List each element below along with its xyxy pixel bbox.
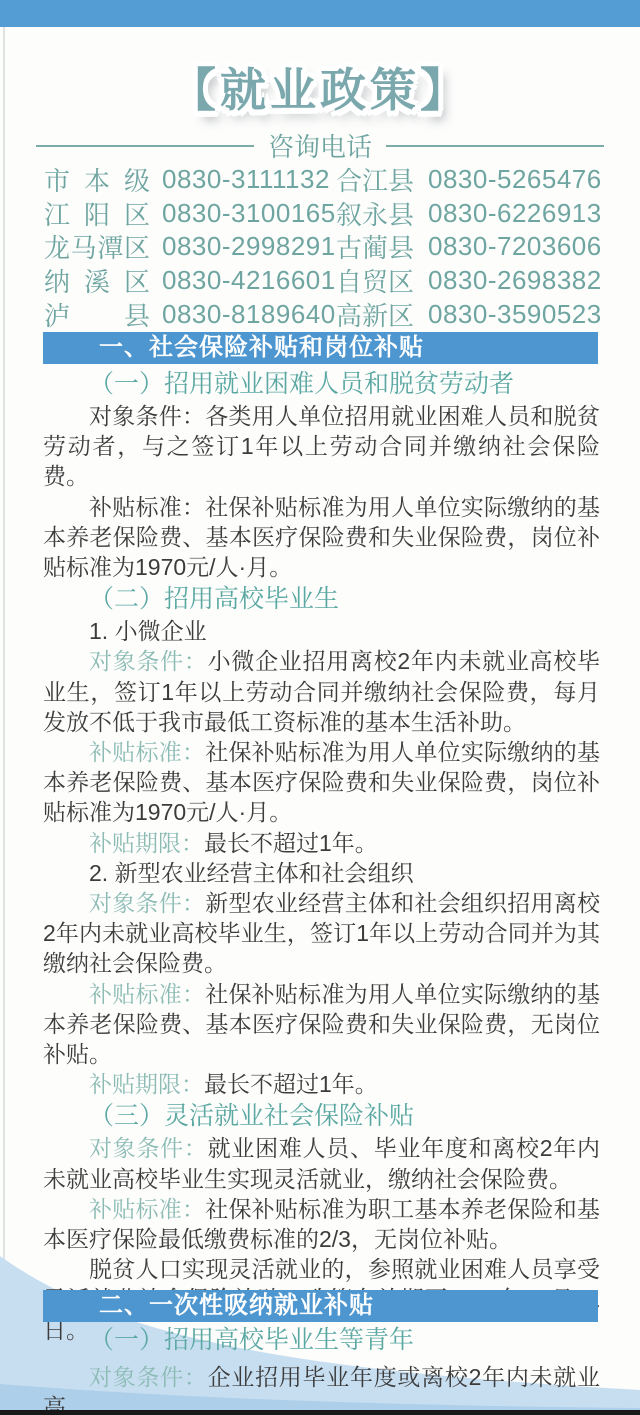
paragraph-label: 对象条件： xyxy=(89,648,208,674)
district-label: 合江县 xyxy=(336,161,416,198)
paragraph-label: 补贴期限： xyxy=(89,830,204,856)
phone-col-right: 叙永县0830-6226913 xyxy=(336,195,602,232)
phone-col-left: 泸县0830-8189640 xyxy=(44,296,336,333)
section-bar-2: 二、一次性吸纳就业补贴 xyxy=(43,1290,598,1322)
section-content-1: （一）招用就业困难人员和脱贫劳动者对象条件：各类用人单位招用就业困难人员和脱贫劳… xyxy=(43,367,600,1345)
list-item-heading: 2. 新型农业经营主体和社会组织 xyxy=(43,858,600,888)
phone-col-left: 江阳区0830-3100165 xyxy=(44,195,336,232)
paragraph: 补贴标准：社保补贴标准为用人单位实际缴纳的基本养老保险费、基本医疗保险费和失业保… xyxy=(43,492,600,583)
paragraph-label: 对象条件： xyxy=(89,1135,208,1161)
section-bar-1: 一、社会保险补贴和岗位补贴 xyxy=(43,332,598,364)
phone-col-right: 古蔺县0830-7203606 xyxy=(336,228,602,265)
bottom-black-bar xyxy=(0,1410,640,1415)
paragraph: 对象条件：企业招用毕业年度或离校2年内未就业高 xyxy=(43,1362,600,1415)
phone-number: 0830-3111132 xyxy=(162,164,330,195)
district-label: 市本级 xyxy=(44,161,150,198)
phone-number: 0830-8189640 xyxy=(162,299,336,330)
phone-col-left: 市本级0830-3111132 xyxy=(44,161,336,198)
phone-col-right: 高新区0830-3590523 xyxy=(336,296,602,333)
phone-number: 0830-3100165 xyxy=(162,198,336,229)
paragraph-label: 补贴标准： xyxy=(89,981,205,1007)
district-label: 纳溪区 xyxy=(44,262,150,299)
phone-col-left: 纳溪区0830-4216601 xyxy=(44,262,336,299)
phone-row: 龙马潭区0830-2998291古蔺县0830-7203606 xyxy=(44,230,602,264)
page-edge-line xyxy=(3,27,5,1411)
phone-number: 0830-7203606 xyxy=(428,231,602,262)
paragraph: 对象条件：新型农业经营主体和社会组织招用离校2年内未就业高校毕业生，签订1年以上… xyxy=(43,888,600,979)
paragraph: 补贴标准：社保补贴标准为职工基本养老保险和基本医疗保险最低缴费标准的2/3，无岗… xyxy=(43,1194,600,1254)
phone-row: 泸县0830-8189640高新区0830-3590523 xyxy=(44,297,602,331)
paragraph: 补贴期限：最长不超过1年。 xyxy=(43,1069,600,1099)
phone-row: 江阳区0830-3100165叙永县0830-6226913 xyxy=(44,197,602,231)
top-bar xyxy=(0,0,640,27)
paragraph: 补贴期限：最长不超过1年。 xyxy=(43,828,600,858)
consult-heading-row: 咨询电话 xyxy=(36,127,604,164)
section-content-2: （一）招用高校毕业生等青年对象条件：企业招用毕业年度或离校2年内未就业高 xyxy=(43,1323,600,1415)
divider-line-right xyxy=(386,145,604,147)
phone-row: 市本级0830-3111132合江县0830-5265476 xyxy=(44,163,602,197)
district-label: 高新区 xyxy=(336,296,416,333)
paragraph: 补贴标准：社保补贴标准为用人单位实际缴纳的基本养老保险费、基本医疗保险费和失业保… xyxy=(43,737,600,828)
phone-number: 0830-6226913 xyxy=(428,198,602,229)
phone-col-right: 合江县0830-5265476 xyxy=(336,161,602,198)
phone-number: 0830-5265476 xyxy=(428,164,602,195)
phone-number: 0830-2998291 xyxy=(162,231,336,262)
paragraph-text: 对象条件：各类用人单位招用就业困难人员和脱贫劳动者，与之签订1年以上劳动合同并缴… xyxy=(43,403,600,489)
paragraph-text: 最长不超过1年。 xyxy=(204,830,378,856)
divider-line-left xyxy=(36,145,254,147)
paragraph: 对象条件：小微企业招用离校2年内未就业高校毕业生，签订1年以上劳动合同并缴纳社会… xyxy=(43,646,600,737)
subsection-heading: （一）招用就业困难人员和脱贫劳动者 xyxy=(43,367,600,401)
phone-col-right: 自贸区0830-2698382 xyxy=(336,262,602,299)
district-label: 叙永县 xyxy=(336,195,416,232)
phone-number: 0830-2698382 xyxy=(428,265,602,296)
paragraph-label: 补贴标准： xyxy=(89,1196,205,1222)
district-label: 泸县 xyxy=(44,296,150,333)
subsection-heading: （三）灵活就业社会保险补贴 xyxy=(43,1099,600,1133)
district-label: 自贸区 xyxy=(336,262,416,299)
phone-col-left: 龙马潭区0830-2998291 xyxy=(44,228,336,265)
paragraph-label: 补贴标准： xyxy=(89,739,205,765)
phone-table: 市本级0830-3111132合江县0830-5265476江阳区0830-31… xyxy=(44,163,602,331)
subsection-heading: （二）招用高校毕业生 xyxy=(43,582,600,616)
paragraph-label: 对象条件： xyxy=(89,890,205,916)
paragraph-text: 最长不超过1年。 xyxy=(204,1071,378,1097)
district-label: 古蔺县 xyxy=(336,228,416,265)
phone-number: 0830-3590523 xyxy=(428,299,602,330)
district-label: 江阳区 xyxy=(44,195,150,232)
paragraph-label: 对象条件： xyxy=(89,1364,208,1390)
page-title: 【就业政策】 xyxy=(0,54,640,120)
paragraph: 对象条件：各类用人单位招用就业困难人员和脱贫劳动者，与之签订1年以上劳动合同并缴… xyxy=(43,401,600,492)
paragraph-text: 补贴标准：社保补贴标准为用人单位实际缴纳的基本养老保险费、基本医疗保险费和失业保… xyxy=(43,494,600,580)
phone-row: 纳溪区0830-4216601自贸区0830-2698382 xyxy=(44,264,602,298)
subsection-heading: （一）招用高校毕业生等青年 xyxy=(43,1323,600,1357)
district-label: 龙马潭区 xyxy=(44,228,150,265)
paragraph-label: 补贴期限： xyxy=(89,1071,204,1097)
paragraph: 补贴标准：社保补贴标准为用人单位实际缴纳的基本养老保险费、基本医疗保险费和失业保… xyxy=(43,979,600,1070)
list-item-heading: 1. 小微企业 xyxy=(43,616,600,646)
consult-heading: 咨询电话 xyxy=(268,127,372,164)
phone-number: 0830-4216601 xyxy=(162,265,336,296)
paragraph: 对象条件：就业困难人员、毕业年度和离校2年内未就业高校毕业生实现灵活就业，缴纳社… xyxy=(43,1133,600,1193)
